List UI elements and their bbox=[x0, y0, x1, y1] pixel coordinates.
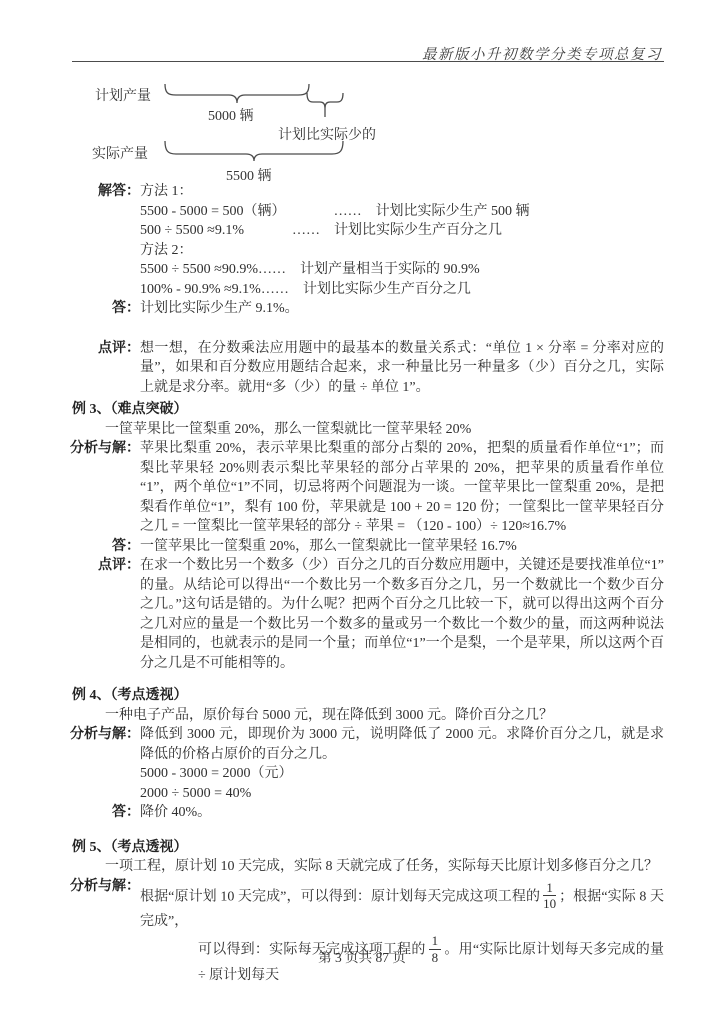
analysis-text: 降低到 3000 元，即现价为 3000 元，说明降低了 2000 元。求降价百… bbox=[140, 725, 664, 764]
equation-line: 100% - 90.9% ≈9.1%……计划比实际少生产百分之几 bbox=[140, 280, 664, 300]
answer-text: 一筐苹果比一筐梨重 20%，那么一筐梨就比一筐苹果轻 16.7% bbox=[140, 537, 664, 557]
document-page: 最新版小升初数学分类专项总复习 计划产量 5000 辆 计划比实际少的 实际产量… bbox=[0, 0, 724, 1024]
answer-label: 答： bbox=[60, 537, 140, 557]
example5-analysis-block: 分析与解： 根据“原计划 10 天完成”，可以得到：原计划每天完成这项工程的11… bbox=[60, 877, 664, 986]
fraction-denominator: 10 bbox=[543, 896, 556, 911]
header-rule bbox=[72, 61, 664, 62]
example5-title: 例 5、（考点透视） bbox=[72, 838, 664, 858]
equation-expression: 100% - 90.9% ≈9.1%…… bbox=[140, 282, 289, 297]
equation-expression: 500 ÷ 5500 ≈9.1% bbox=[140, 223, 244, 238]
equation-expression: 5500 ÷ 5500 ≈90.9%…… bbox=[140, 262, 286, 277]
actual-brace-icon bbox=[165, 141, 343, 161]
actual-production-label: 实际产量 bbox=[92, 143, 148, 163]
answer-text: 计划比实际少生产 9.1%。 bbox=[140, 299, 664, 319]
analysis-line-1: 根据“原计划 10 天完成”，可以得到：原计划每天完成这项工程的110；根据“实… bbox=[140, 882, 664, 932]
answer-label: 答： bbox=[60, 803, 140, 823]
comment-label: 点评： bbox=[60, 556, 140, 576]
planned-production-label: 计划产量 bbox=[95, 85, 151, 105]
analysis-label: 分析与解： bbox=[60, 725, 140, 745]
method1-title: 方法 1： bbox=[140, 182, 664, 202]
equation-line: 5000 - 3000 = 2000（元） bbox=[140, 764, 664, 784]
equation-expression: 5500 - 5000 = 500（辆） bbox=[140, 204, 286, 219]
analysis-content: 降低到 3000 元，即现价为 3000 元，说明降低了 2000 元。求降价百… bbox=[140, 725, 664, 803]
equation-line: 500 ÷ 5500 ≈9.1%……计划比实际少生产百分之几 bbox=[140, 221, 664, 241]
comment-block: 点评： 想一想，在分数乘法应用题中的最基本的数量关系式：“单位 1 × 分率 =… bbox=[60, 339, 664, 398]
example4-problem: 一种电子产品，原价每台 5000 元，现在降低到 3000 元。降价百分之几？ bbox=[105, 706, 664, 726]
comment-label: 点评： bbox=[60, 339, 140, 359]
dots: …… bbox=[334, 204, 362, 219]
analysis-text: 苹果比梨重 20%，表示苹果比梨重的部分占梨的 20%，把梨的质量看作单位“1”… bbox=[140, 439, 664, 537]
equation-note: 计划比实际少生产百分之几 bbox=[334, 223, 502, 238]
page-number: 第 3 页共 87 页 bbox=[0, 946, 724, 966]
analysis-label: 分析与解： bbox=[60, 439, 140, 459]
dots: …… bbox=[292, 223, 320, 238]
answer-line: 答： 计划比实际少生产 9.1%。 bbox=[60, 299, 664, 319]
equation-note: 计划产量相当于实际的 90.9% bbox=[300, 262, 480, 277]
fraction-numerator: 1 bbox=[543, 881, 556, 897]
comment-text: 在求一个数比另一个数多（少）百分之几的百分数应用题中，关键还是要找准单位“1”的… bbox=[140, 556, 664, 673]
analysis-content: 根据“原计划 10 天完成”，可以得到：原计划每天完成这项工程的110；根据“实… bbox=[140, 877, 664, 986]
fraction-one-tenth: 110 bbox=[543, 881, 556, 911]
difference-brace-icon bbox=[307, 93, 343, 117]
planned-brace-icon bbox=[165, 84, 309, 103]
equation-line: 5500 ÷ 5500 ≈90.9%……计划产量相当于实际的 90.9% bbox=[140, 260, 664, 280]
comment-text: 想一想，在分数乘法应用题中的最基本的数量关系式：“单位 1 × 分率 = 分率对… bbox=[140, 339, 664, 398]
analysis-text: 根据“原计划 10 天完成”，可以得到：原计划每天完成这项工程的 bbox=[140, 889, 540, 904]
solution-block: 解答： 方法 1： 5500 - 5000 = 500（辆）……计划比实际少生产… bbox=[60, 182, 664, 299]
example3-title: 例 3、（难点突破） bbox=[72, 400, 664, 420]
example4-title: 例 4、（考点透视） bbox=[72, 686, 664, 706]
example4-answer-line: 答： 降价 40%。 bbox=[60, 803, 664, 823]
example5-problem: 一项工程，原计划 10 天完成，实际 8 天就完成了任务，实际每天比原计划多修百… bbox=[105, 857, 664, 877]
example3-comment-block: 点评： 在求一个数比另一个数多（少）百分之几的百分数应用题中，关键还是要找准单位… bbox=[60, 556, 664, 673]
analysis-label: 分析与解： bbox=[60, 877, 140, 897]
planned-value-label: 5000 辆 bbox=[208, 105, 254, 125]
equation-note: 计划比实际少生产 500 辆 bbox=[376, 204, 530, 219]
difference-label: 计划比实际少的 bbox=[278, 124, 376, 144]
document-body: 解答： 方法 1： 5500 - 5000 = 500（辆）……计划比实际少生产… bbox=[60, 182, 664, 985]
answer-label: 答： bbox=[60, 299, 140, 319]
solution-label: 解答： bbox=[60, 182, 140, 202]
equation-line: 5500 - 5000 = 500（辆）……计划比实际少生产 500 辆 bbox=[140, 202, 664, 222]
example3-analysis-block: 分析与解： 苹果比梨重 20%，表示苹果比梨重的部分占梨的 20%，把梨的质量看… bbox=[60, 439, 664, 537]
solution-content: 方法 1： 5500 - 5000 = 500（辆）……计划比实际少生产 500… bbox=[140, 182, 664, 299]
answer-text: 降价 40%。 bbox=[140, 803, 664, 823]
example3-problem: 一筐苹果比一筐梨重 20%，那么一筐梨就比一筐苹果轻 20% bbox=[105, 420, 664, 440]
example3-answer-line: 答： 一筐苹果比一筐梨重 20%，那么一筐梨就比一筐苹果轻 16.7% bbox=[60, 537, 664, 557]
production-bar-diagram: 计划产量 5000 辆 计划比实际少的 实际产量 5500 辆 bbox=[0, 80, 724, 182]
equation-note: 计划比实际少生产百分之几 bbox=[303, 282, 471, 297]
example4-analysis-block: 分析与解： 降低到 3000 元，即现价为 3000 元，说明降低了 2000 … bbox=[60, 725, 664, 803]
method2-title: 方法 2： bbox=[140, 241, 664, 261]
equation-line: 2000 ÷ 5000 = 40% bbox=[140, 784, 664, 804]
